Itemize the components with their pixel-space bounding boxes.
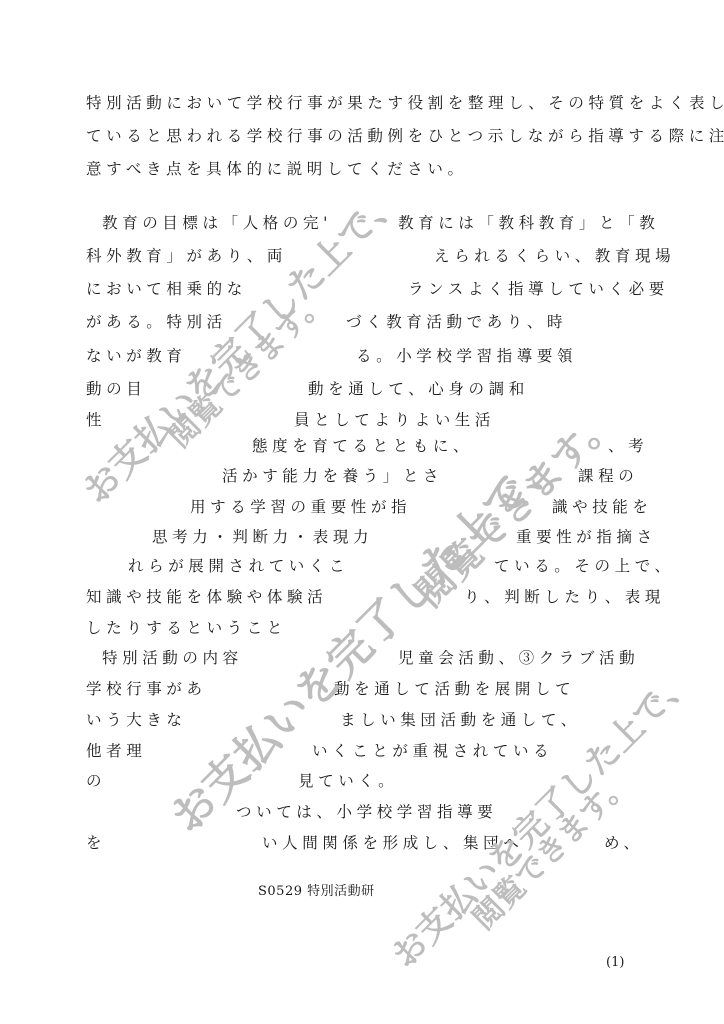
body-text-fragment: 見ていく。: [298, 771, 398, 791]
body-text-fragment: ないが教育: [86, 346, 187, 366]
body-text-fragment: 他者理: [86, 741, 146, 761]
body-text-fragment: れらが展開されていくこ: [128, 556, 349, 576]
body-text-fragment: る。小学校学習指導要領: [356, 346, 577, 366]
body-text-fragment: 児童会活動、③クラブ活動: [398, 648, 639, 668]
body-text-fragment: 態度を育てるとともに、: [252, 436, 473, 456]
body-text-fragment: 特別活動の内容: [102, 648, 243, 668]
body-text-fragment: 思考力・判断力・表現力: [152, 527, 373, 547]
body-text-fragment: 重要性が指摘さ: [516, 527, 657, 547]
body-text-fragment: り、判断したり、表現: [464, 587, 665, 607]
body-text-fragment: いくことが重視されている: [312, 741, 553, 761]
body-text-fragment: ランスよく指導していく必要: [408, 279, 669, 299]
document-footer-title: S0529 特別活動研: [258, 880, 375, 899]
body-text-fragment: 性: [86, 410, 106, 430]
body-text-fragment: め、: [604, 833, 644, 853]
body-text-fragment: 員としてよりよい生活: [294, 410, 495, 430]
question-line-1: 特別活動において学校行事が果たす役割を整理し、その特質をよく表し: [86, 93, 724, 113]
page-number: (1): [606, 955, 624, 970]
body-text-fragment: 動を通して活動を展開して: [334, 679, 575, 699]
body-text-fragment: づく教育活動であり、時: [346, 312, 567, 332]
body-text-fragment: 教育には「教科教育」と「教: [398, 213, 659, 233]
document-page: 特別活動において学校行事が果たす役割を整理し、その特質をよく表し ていると思われ…: [0, 0, 724, 1024]
body-text-fragment: 活かす能力を養う」とさ: [222, 466, 443, 486]
body-text-fragment: の: [86, 771, 106, 791]
body-text-fragment: 動を通して、心身の調和: [308, 379, 529, 399]
body-text-fragment: ている。その上で、: [494, 556, 675, 576]
body-text-fragment: ましい集団活動を通して、: [340, 710, 581, 730]
body-text-fragment: において相乗的な: [86, 279, 247, 299]
body-text-fragment: 学校行事があ: [86, 679, 207, 699]
body-text-fragment: 動の目: [86, 379, 146, 399]
body-text-fragment: 、考: [608, 436, 648, 456]
body-text-fragment: 知識や技能を体験や体験活: [86, 587, 327, 607]
body-text-fragment: えられるくらい、教育現場: [434, 246, 675, 266]
body-text-fragment: ついては、小学校学習指導要: [236, 802, 497, 822]
body-text-fragment: 科外教育」があり、両: [86, 246, 287, 266]
body-text-fragment: がある。特別活: [86, 312, 227, 332]
body-text-fragment: 課程の: [578, 466, 638, 486]
body-text-fragment: いう大きな: [86, 710, 187, 730]
body-text-fragment: 教育の目標は「人格の完': [102, 213, 332, 233]
body-text-fragment: い人間関係を形成し、集団へ: [262, 833, 523, 853]
body-text-fragment: を: [86, 833, 106, 853]
question-line-3: 意すべき点を具体的に説明してください。: [86, 159, 468, 179]
body-text-fragment: 用する学習の重要性が指: [190, 497, 411, 517]
body-text-fragment: 識や技能を: [552, 497, 653, 517]
question-line-2: ていると思われる学校行事の活動例をひとつ示しながら指導する際に注: [86, 126, 724, 146]
body-text-fragment: したりするということ: [86, 618, 287, 638]
